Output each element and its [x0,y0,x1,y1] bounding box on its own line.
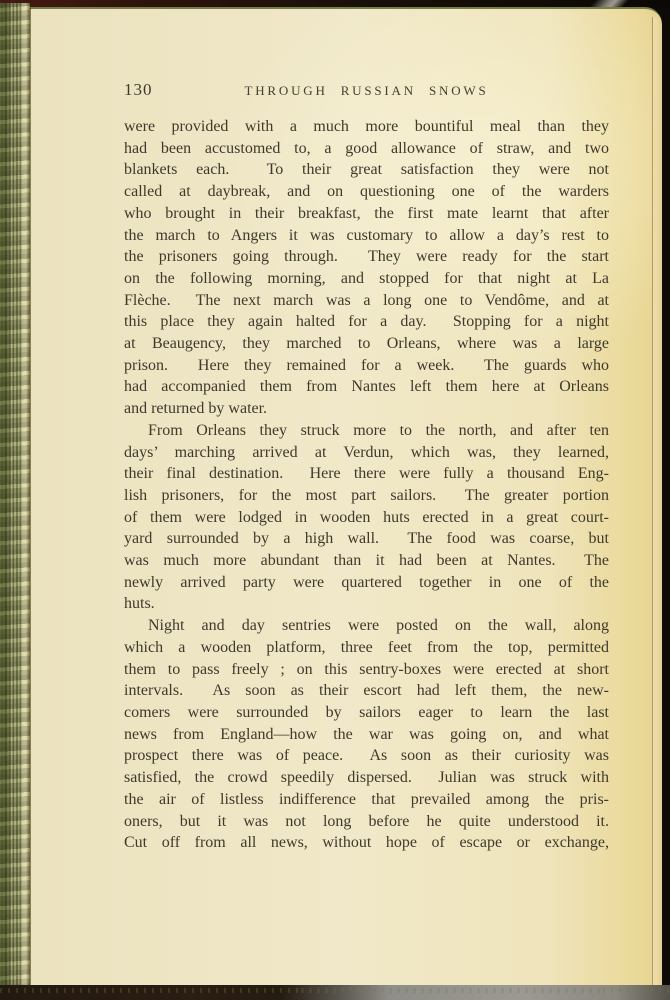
text-line: their final destination. Here there were… [124,463,609,485]
text-line: blankets each. To their great satisfacti… [124,159,609,181]
text-line: lish prisoners, for the most part sailor… [124,485,609,507]
text-line: of them were lodged in wooden huts erect… [124,507,609,529]
text-line: Flèche. The next march was a long one to… [124,290,609,312]
page-number: 130 [124,80,153,100]
book-scan: 130 THROUGH RUSSIAN SNOWS were provided … [0,0,670,1000]
text-line: days’ marching arrived at Verdun, which … [124,442,609,464]
text-line: news from England—how the war was going … [124,724,609,746]
text-line: the air of listless indifference that pr… [124,789,609,811]
text-line: them to pass freely ; on this sentry-box… [124,659,609,681]
paragraph: Night and day sentries were posted on th… [124,615,609,854]
text-line: prison. Here they remained for a week. T… [124,355,609,377]
text-line: and returned by water. [124,398,609,420]
text-line: this place they again halted for a day. … [124,311,609,333]
book-cover-bottom-edge [0,985,670,1000]
text-line: called at daybreak, and on questioning o… [124,181,609,203]
page-content: 130 THROUGH RUSSIAN SNOWS were provided … [124,80,609,854]
text-line: satisfied, the crowd speedily dispersed.… [124,767,609,789]
text-line: who brought in their breakfast, the firs… [124,203,609,225]
text-line: on the following morning, and stopped fo… [124,268,609,290]
text-line: the prisoners going through. They were r… [124,246,609,268]
text-line: Night and day sentries were posted on th… [124,615,609,637]
paragraph: From Orleans they struck more to the nor… [124,420,609,615]
running-header: THROUGH RUSSIAN SNOWS [124,80,609,99]
text-line: oners, but it was not long before he qui… [124,811,609,833]
text-line: the march to Angers it was customary to … [124,225,609,247]
page-fore-edge [652,17,662,985]
text-line: huts. [124,593,609,615]
text-line: From Orleans they struck more to the nor… [124,420,609,442]
text-line: newly arrived party were quartered toget… [124,572,609,594]
text-line: was much more abundant than it had been … [124,550,609,572]
text-line: Cut off from all news, without hope of e… [124,832,609,854]
book-left-page-edges [0,3,30,989]
text-line: had accompanied them from Nantes left th… [124,376,609,398]
text-line: comers were surrounded by sailors eager … [124,702,609,724]
paragraph: were provided with a much more bountiful… [124,116,609,420]
page-header: 130 THROUGH RUSSIAN SNOWS [124,80,609,102]
text-line: intervals. As soon as their escort had l… [124,680,609,702]
page-body: were provided with a much more bountiful… [124,116,609,854]
text-line: prospect there was of peace. As soon as … [124,745,609,767]
book-page: 130 THROUGH RUSSIAN SNOWS were provided … [30,7,662,985]
text-line: at Beaugency, they marched to Orleans, w… [124,333,609,355]
text-line: had been accustomed to, a good allowance… [124,138,609,160]
text-line: yard surrounded by a high wall. The food… [124,528,609,550]
text-line: which a wooden platform, three feet from… [124,637,609,659]
text-line: were provided with a much more bountiful… [124,116,609,138]
